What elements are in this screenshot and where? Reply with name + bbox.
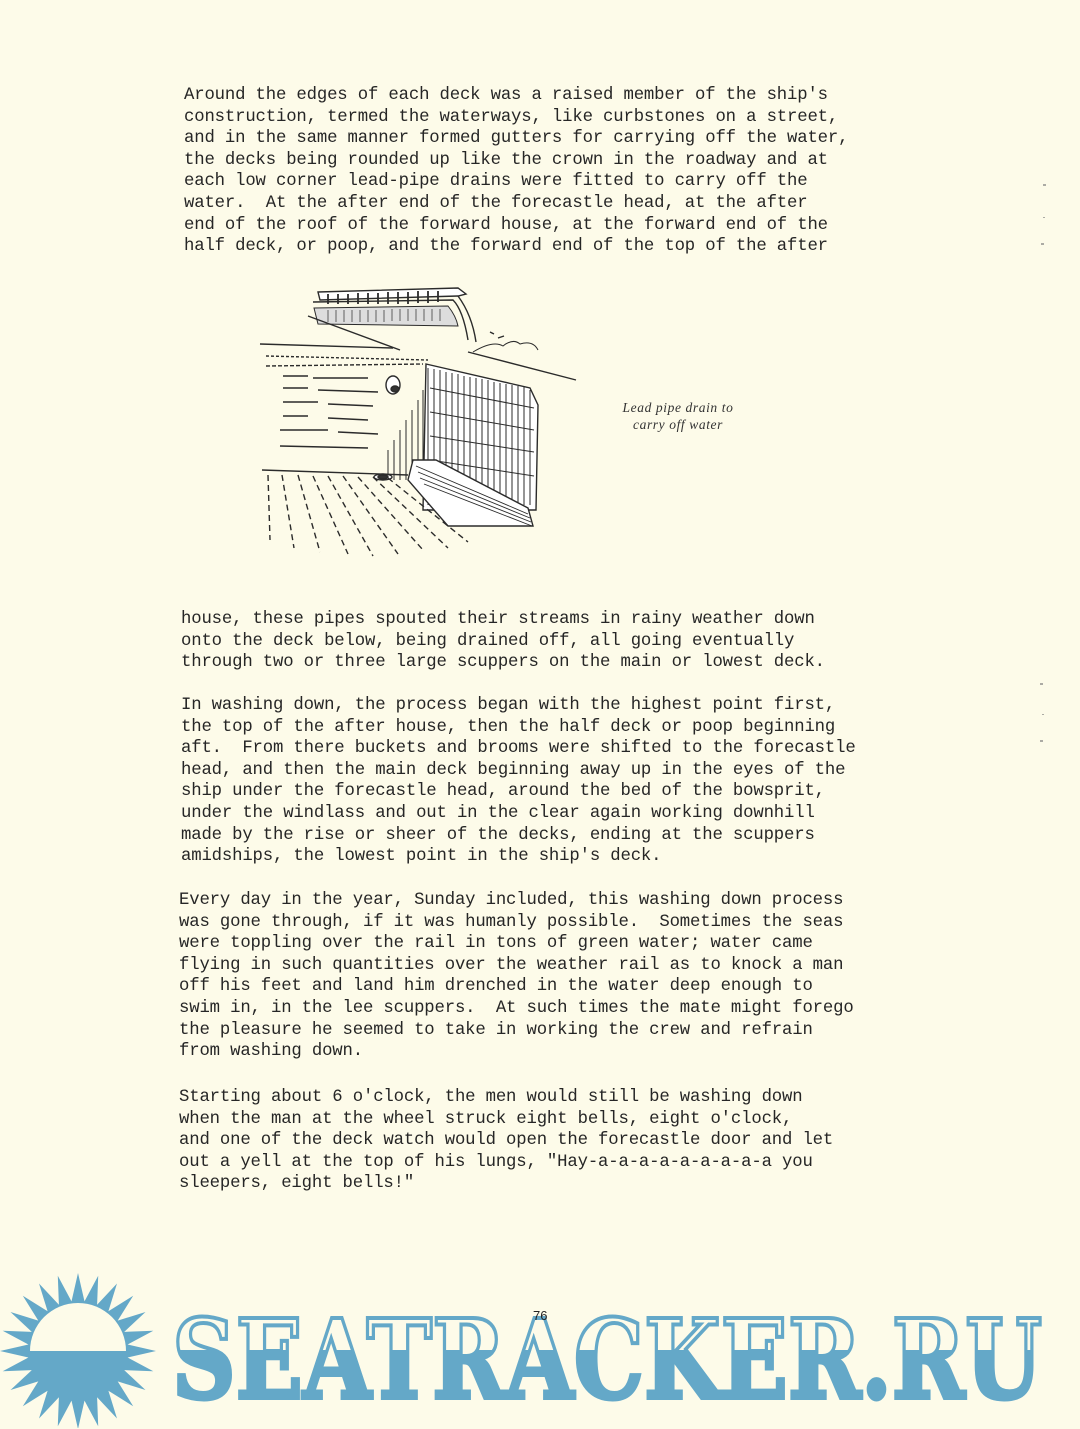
page-number: 76	[533, 1308, 547, 1323]
scan-speck	[1043, 184, 1046, 186]
figure-caption: Lead pipe drain to carry off water	[598, 399, 758, 433]
text-line: head, and then the main deck beginning a…	[181, 760, 856, 782]
paragraph-eight-bells: Starting about 6 o'clock, the men would …	[179, 1087, 833, 1195]
paragraph-pipes-drain: house, these pipes spouted their streams…	[181, 609, 825, 674]
text-line: each low corner lead-pipe drains were fi…	[184, 171, 848, 193]
text-line: through two or three large scuppers on t…	[181, 652, 825, 674]
text-line: amidships, the lowest point in the ship'…	[181, 846, 856, 868]
text-line: sleepers, eight bells!"	[179, 1173, 833, 1195]
text-line: flying in such quantities over the weath…	[179, 955, 854, 977]
scan-speck	[1040, 740, 1043, 742]
text-line: aft. From there buckets and brooms were …	[181, 738, 856, 760]
text-line: end of the roof of the forward house, at…	[184, 215, 848, 237]
text-line: and in the same manner formed gutters fo…	[184, 128, 848, 150]
scan-speck	[1041, 243, 1044, 245]
watermark-text: SEATRACKER.RU SEATRACKER.RU	[172, 1295, 1042, 1424]
caption-line-2: carry off water	[598, 416, 758, 433]
text-line: the decks being rounded up like the crow…	[184, 150, 848, 172]
text-line: ship under the forecastle head, around t…	[181, 781, 856, 803]
text-line: In washing down, the process began with …	[181, 695, 856, 717]
text-line: out a yell at the top of his lungs, "Hay…	[179, 1152, 833, 1174]
text-line: and one of the deck watch would open the…	[179, 1130, 833, 1152]
text-line: swim in, in the lee scuppers. At such ti…	[179, 998, 854, 1020]
text-line: was gone through, if it was humanly poss…	[179, 912, 854, 934]
scan-speck	[1040, 683, 1043, 685]
text-line: house, these pipes spouted their streams…	[181, 609, 825, 631]
sun-over-sea-icon	[0, 1273, 156, 1428]
paragraph-every-day: Every day in the year, Sunday included, …	[179, 890, 854, 1063]
lead-pipe-drain-illustration	[258, 280, 588, 570]
text-line: when the man at the wheel struck eight b…	[179, 1109, 833, 1131]
paragraph-waterways: Around the edges of each deck was a rais…	[184, 85, 848, 258]
text-line: under the windlass and out in the clear …	[181, 803, 856, 825]
paragraph-washing-process: In washing down, the process began with …	[181, 695, 856, 868]
text-line: onto the deck below, being drained off, …	[181, 631, 825, 653]
text-line: Around the edges of each deck was a rais…	[184, 85, 848, 107]
text-line: Starting about 6 o'clock, the men would …	[179, 1087, 833, 1109]
scan-speck	[1042, 714, 1044, 715]
text-line: made by the rise or sheer of the decks, …	[181, 825, 856, 847]
text-line: half deck, or poop, and the forward end …	[184, 236, 848, 258]
text-line: off his feet and land him drenched in th…	[179, 976, 854, 998]
text-line: from washing down.	[179, 1041, 854, 1063]
scan-speck	[1043, 217, 1045, 218]
text-line: Every day in the year, Sunday included, …	[179, 890, 854, 912]
text-line: were toppling over the rail in tons of g…	[179, 933, 854, 955]
text-line: the top of the after house, then the hal…	[181, 717, 856, 739]
text-line: water. At the after end of the forecastl…	[184, 193, 848, 215]
text-line: the pleasure he seemed to take in workin…	[179, 1020, 854, 1042]
seatracker-watermark: SEATRACKER.RU SEATRACKER.RU	[0, 1268, 1080, 1428]
text-line: construction, termed the waterways, like…	[184, 107, 848, 129]
caption-line-1: Lead pipe drain to	[598, 399, 758, 416]
